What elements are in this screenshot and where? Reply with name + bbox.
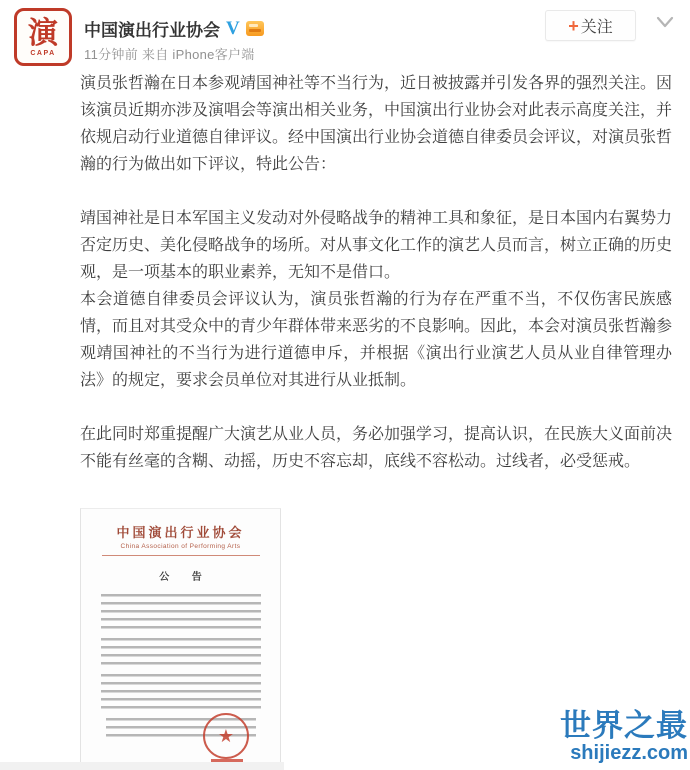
announcement-text-block bbox=[101, 674, 261, 714]
bottom-divider bbox=[0, 762, 284, 770]
announcement-divider bbox=[102, 555, 260, 556]
plus-icon: + bbox=[568, 17, 579, 35]
avatar-seal-character: 演 bbox=[28, 19, 58, 49]
announcement-image[interactable]: 中国演出行业协会 China Association of Performing… bbox=[80, 508, 281, 770]
user-name-row: 中国演出行业协会 V bbox=[84, 16, 264, 41]
avatar-seal-caption: CAPA bbox=[30, 50, 55, 57]
watermark-title: 世界之最 bbox=[560, 710, 688, 743]
announcement-org-name-cn: 中国演出行业协会 bbox=[81, 522, 280, 541]
post-paragraph: 靖国神社是日本军国主义发动对外侵略战争的精神工具和象征，是日本国内右翼势力否定历… bbox=[80, 205, 672, 286]
avatar[interactable]: 演 CAPA bbox=[14, 8, 72, 66]
member-badge-icon bbox=[246, 21, 264, 36]
post-timestamp-source: 11分钟前 来自 iPhone客户端 bbox=[84, 44, 255, 63]
username[interactable]: 中国演出行业协会 bbox=[84, 16, 220, 41]
announcement-body-lines bbox=[81, 594, 280, 742]
verified-v-icon: V bbox=[226, 19, 240, 38]
chevron-down-icon[interactable] bbox=[653, 12, 677, 32]
post-paragraph: 本会道德自律委员会评议认为，演员张哲瀚的行为存在严重不当，不仅伤害民族感情，而且… bbox=[80, 286, 672, 394]
follow-button-label: 关注 bbox=[581, 14, 613, 37]
post-paragraph: 演员张哲瀚在日本参观靖国神社等不当行为，近日被披露并引发各界的强烈关注。因该演员… bbox=[80, 70, 672, 178]
announcement-org-name-en: China Association of Performing Arts bbox=[81, 543, 280, 550]
announcement-text-block bbox=[101, 594, 261, 634]
watermark-domain: shijiezz.com bbox=[560, 743, 688, 764]
seal-star-icon: ★ bbox=[218, 727, 234, 745]
post-paragraph: 在此同时郑重提醒广大演艺从业人员，务必加强学习，提高认识，在民族大义面前决不能有… bbox=[80, 421, 672, 475]
official-seal-icon: ★ bbox=[203, 713, 249, 759]
announcement-text-block bbox=[101, 638, 261, 670]
follow-button[interactable]: + 关注 bbox=[545, 10, 636, 41]
announcement-doc-title: 公 告 bbox=[81, 568, 280, 583]
site-watermark: 世界之最 shijiezz.com bbox=[560, 710, 688, 764]
post-body: 演员张哲瀚在日本参观靖国神社等不当行为，近日被披露并引发各界的强烈关注。因该演员… bbox=[80, 70, 672, 475]
